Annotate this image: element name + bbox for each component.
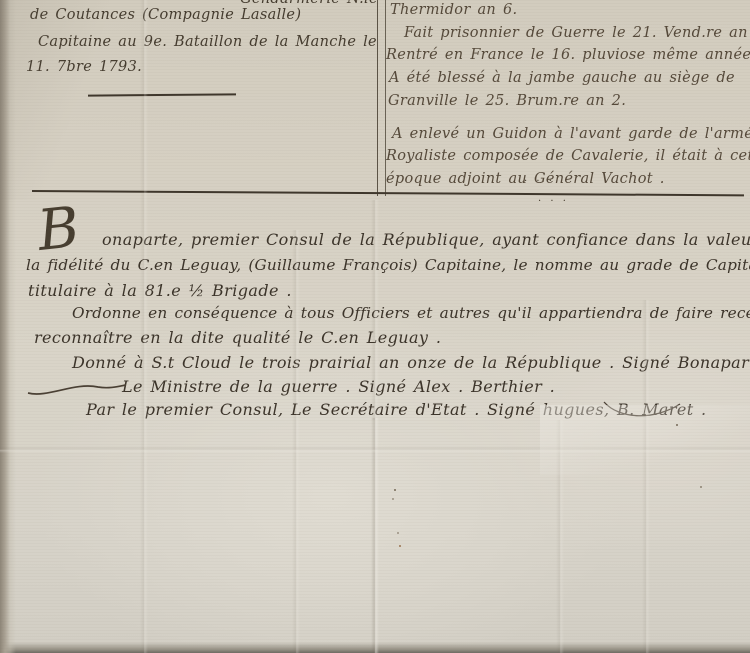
drop-cap-B: B [35,200,82,260]
commission-line-7: Le Ministre de la guerre . Signé Alex . … [122,377,555,397]
right-col-line-5: Granville le 25. Brum.re an 2. [388,92,626,110]
manuscript-photo: Gendarmerie N.le de Coutances (Compagnie… [0,0,750,653]
fold-crease [371,418,379,653]
right-col-line-6: A enlevé un Guidon à l'avant garde de l'… [392,125,750,143]
right-col-line-1: Thermidor an 6. [390,1,517,19]
right-col-line-4: A été blessé à la jambe gauche au siège … [389,69,735,87]
commission-line-1: onaparte, premier Consul de la Républiqu… [102,230,750,250]
fold-crease [642,300,650,653]
commission-line-5: reconnaître en la dite qualité le C.en L… [34,328,441,348]
fold-crease [140,0,148,653]
commission-line-3: titulaire à la 81.e ½ Brigade . [28,281,292,301]
fold-crease [371,200,379,420]
ink-speck [676,424,678,426]
ink-speck [700,486,702,488]
column-divider-rule [377,0,386,196]
left-col-line-2: Capitaine au 9e. Bataillon de la Manche … [38,33,377,51]
right-col-line-3: Rentré en France le 16. pluviose même an… [386,46,750,64]
left-col-separator-rule [88,93,236,96]
commission-line-2: la fidélité du C.en Leguay, (Guillaume F… [26,256,750,275]
fold-crease [556,420,564,653]
fold-crease [292,230,300,653]
section-divider-rule [32,190,744,196]
ink-dots-below-rule: · · · [538,196,569,207]
right-col-line-2: Fait prisonnier de Guerre le 21. Vend.re… [404,24,750,42]
right-col-line-7: Royaliste composée de Cavalerie, il étai… [386,147,750,165]
fold-crease-horizontal [0,446,750,453]
ink-speck [399,545,401,547]
paper-shadow [0,0,120,200]
ink-speck [392,498,394,500]
left-col-line-1: de Coutances (Compagnie Lasalle) [30,6,301,24]
left-col-line-3: 11. 7bre 1793. [26,58,142,76]
pen-flourish-dash [26,378,126,398]
ink-dots-above-rule: · · · [524,176,555,187]
ink-speck [394,489,396,491]
ink-speck [397,532,399,534]
